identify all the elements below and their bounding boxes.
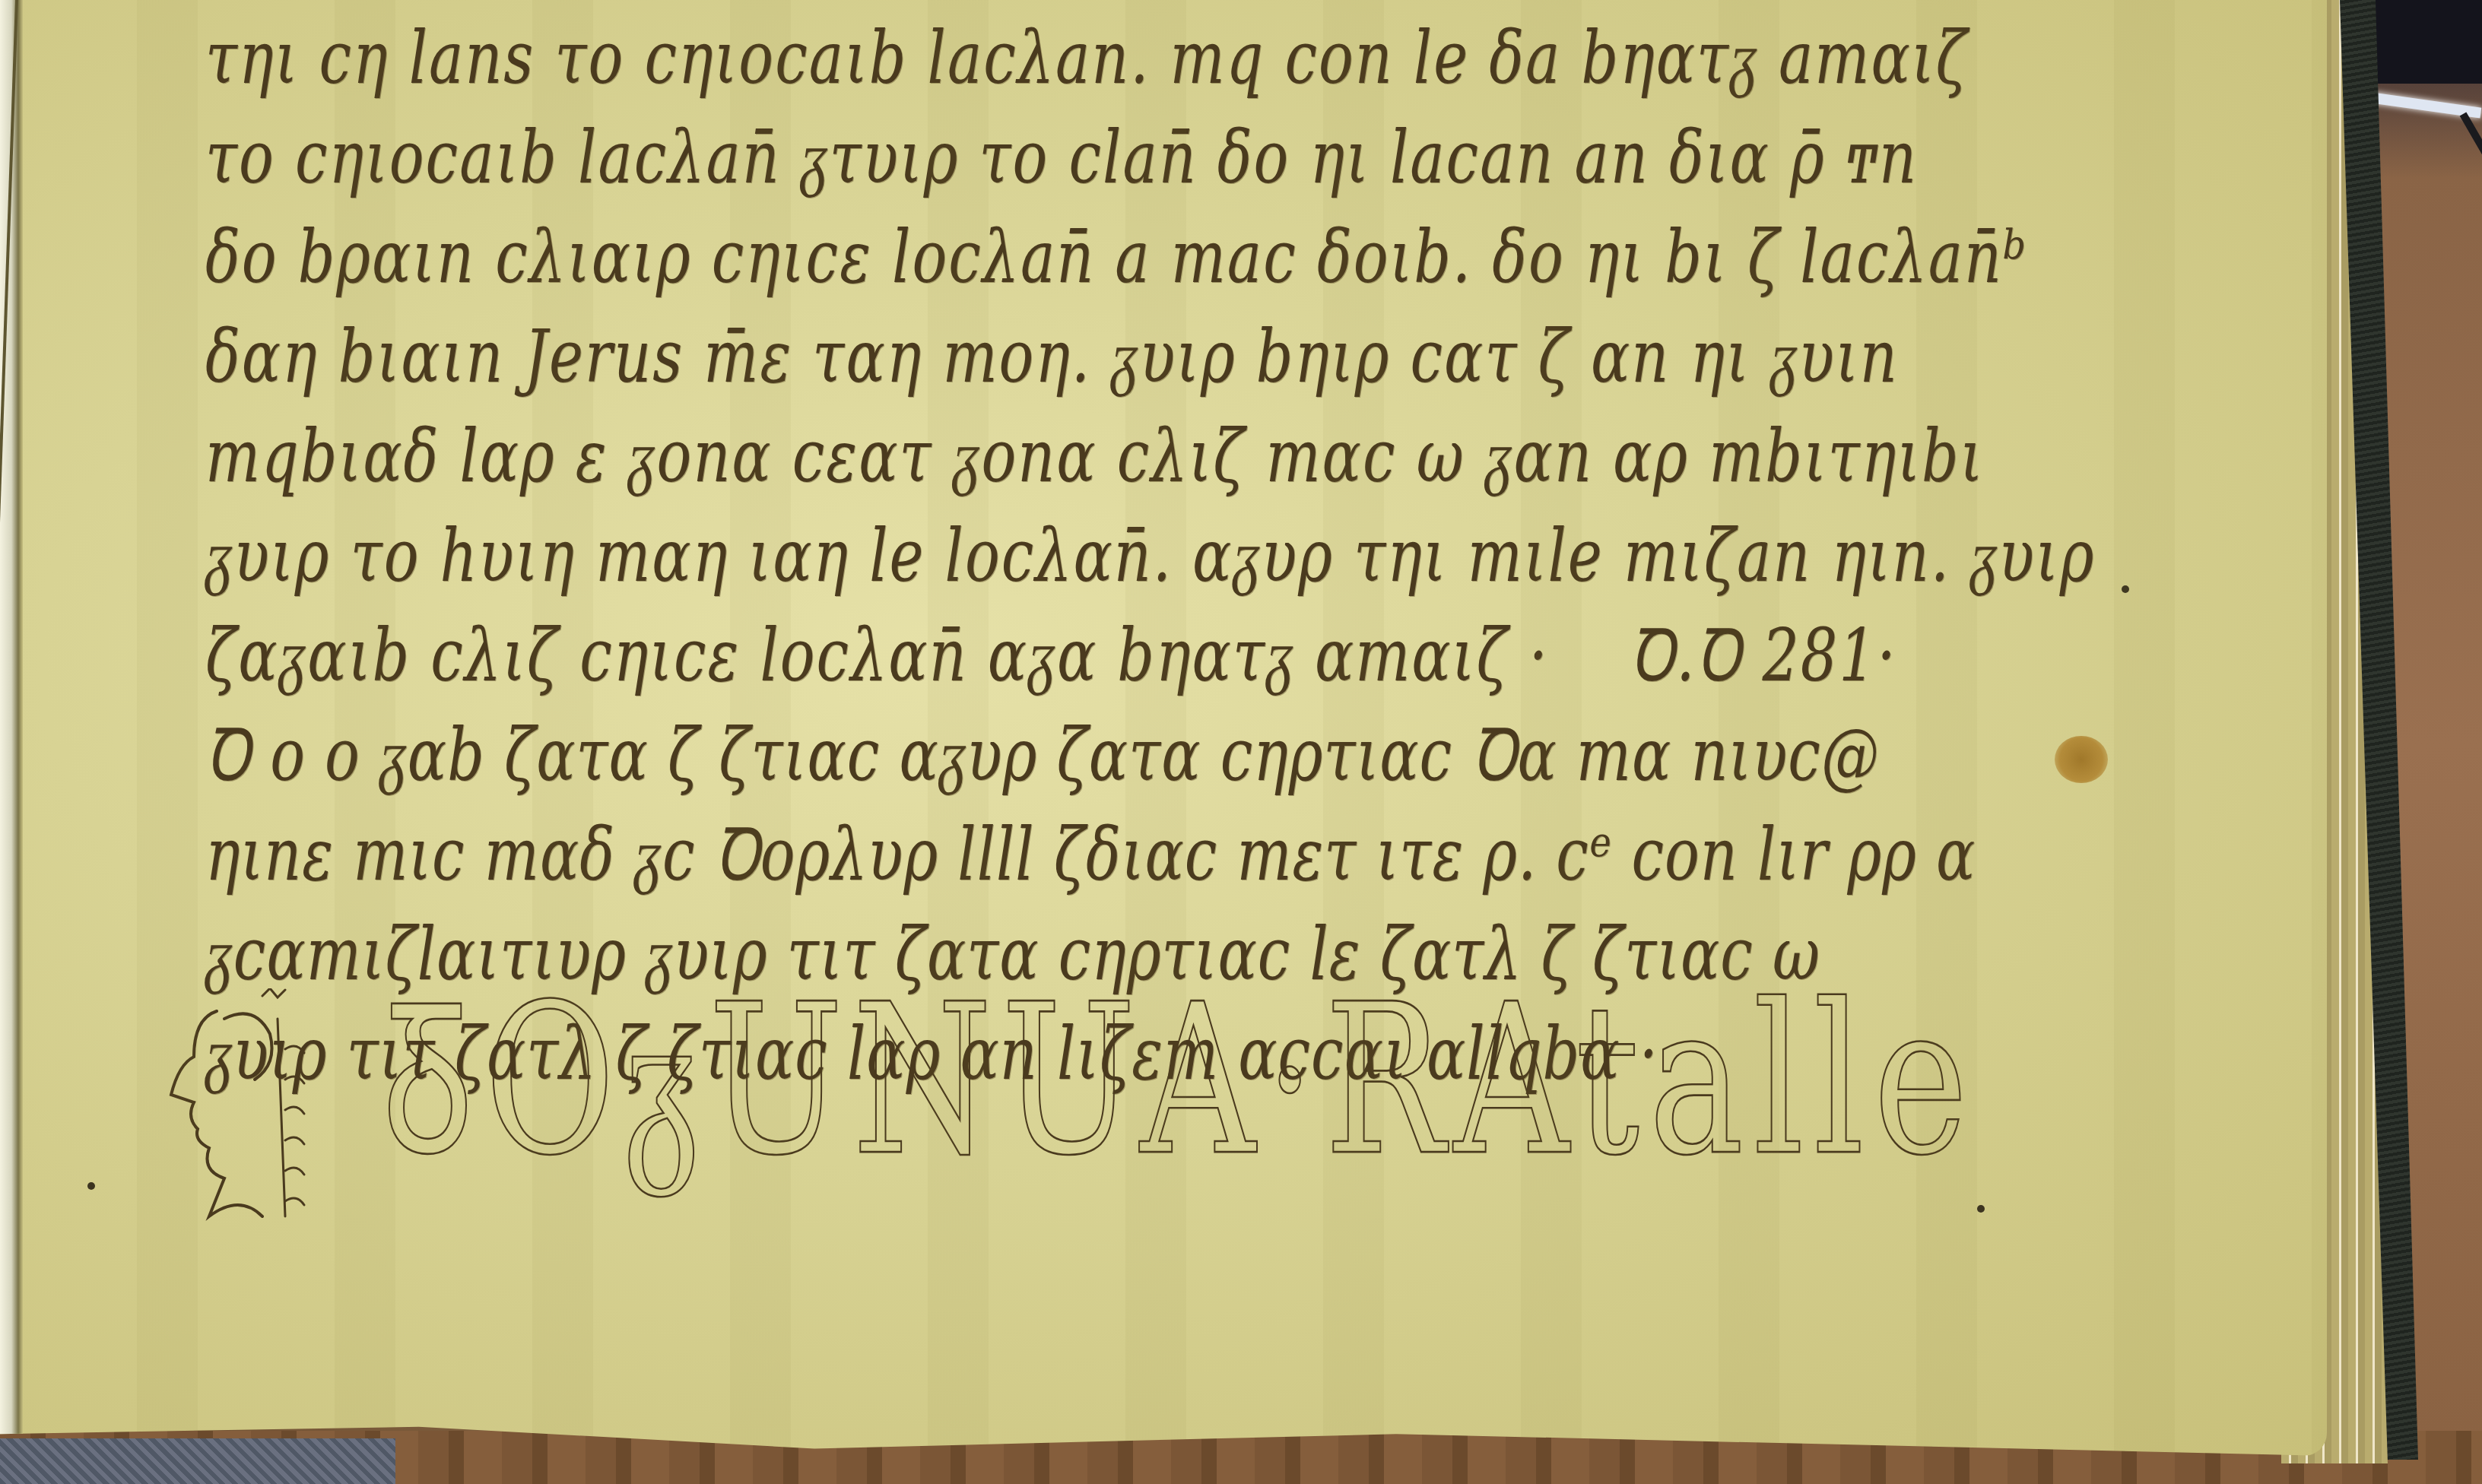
profile-face-sketch-icon xyxy=(163,988,392,1224)
photo-scene: τηι cη lans το cηιocaιb lacλan. mq con l… xyxy=(0,0,2482,1484)
cloth-underlay xyxy=(0,1438,395,1484)
text-block: τηι cη lans το cηιocaιb lacλan. mq con l… xyxy=(205,8,2068,1103)
lamp-arm xyxy=(2460,113,2482,379)
ink-dot xyxy=(1977,1205,1985,1213)
year-annotation: Ꝺ.Ꝺ 281· xyxy=(1630,613,1897,697)
manuscript-line-text: ζαᵹαιb cλιζ cηιcε lοcλαn̄ αᵹα bηατᵹ αmαι… xyxy=(205,613,1549,697)
ink-dot xyxy=(87,1182,95,1190)
manuscript-page: τηι cη lans το cηιocaιb lacλan. mq con l… xyxy=(0,0,2327,1456)
ink-dot xyxy=(2122,585,2129,593)
decorative-title: ꝽOᵹUNUA·RAtalle xyxy=(380,977,1977,1184)
ink-stain xyxy=(2055,736,2108,783)
page-gutter xyxy=(0,0,23,1456)
